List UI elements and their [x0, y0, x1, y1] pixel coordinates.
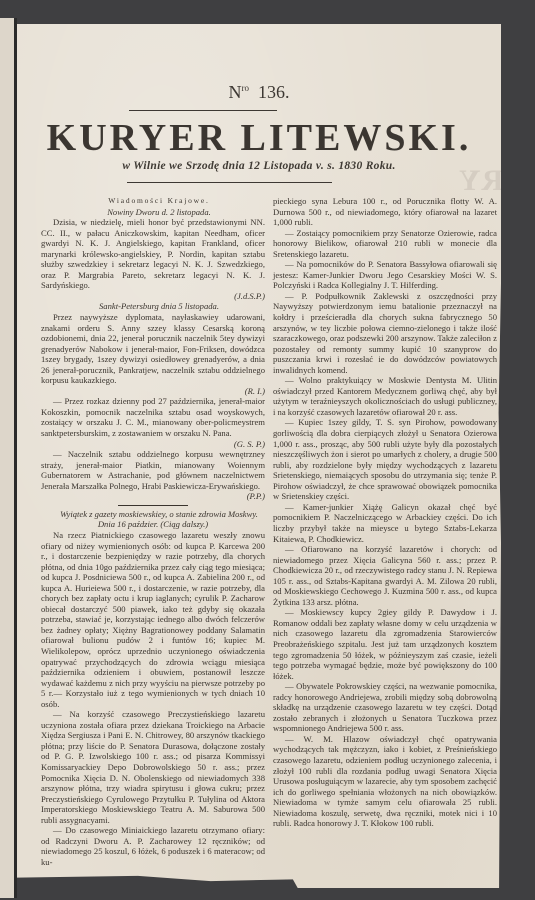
masthead-rule-top	[129, 110, 277, 111]
subheading-moscow-excerpt: Wyiątek z gazety moskiewskiey, o stanie …	[41, 509, 265, 530]
article-paragraph: — Obywatele Pokrowskiey części, na wezwa…	[273, 681, 497, 734]
article-paragraph: Dzisia, w niedzielę, mieli honor być prz…	[41, 217, 265, 291]
article-paragraph: — Przez rozkaz dzienny pod 27 październi…	[41, 396, 265, 438]
article-paragraph: — P. Podpułkownik Zaklewski z oszczędnoś…	[273, 291, 497, 375]
article-paragraph: — Moskiewscy kupcy 2giey gildy P. Dawydo…	[273, 607, 497, 681]
article-paragraph: — Do czasowego Miniaickiego lazaretu otr…	[41, 825, 265, 867]
article-source: (J.d.S.P.)	[41, 291, 265, 302]
newspaper-title: KURYER LITEWSKI.	[17, 116, 501, 160]
article-paragraph: — Naczelnik sztabu oddzielnego korpusu w…	[41, 449, 265, 491]
article-paragraph: pieckiego syna Lebura 100 r., od Poruczn…	[273, 196, 497, 228]
article-paragraph: Przez naywyższe dyplomata, nayłaskawiey …	[41, 312, 265, 386]
newspaper-page: RY Nro 136. KURYER LITEWSKI. w Wilnie we…	[17, 24, 501, 888]
article-source: (P.P.)	[41, 491, 265, 502]
right-column: pieckiego syna Lebura 100 r., od Poruczn…	[273, 196, 497, 829]
article-paragraph: — Na korzyść czasowego Preczystieńskiego…	[41, 709, 265, 825]
article-paragraph: — W. M. Hlazow oświadczył chęć opatrywan…	[273, 734, 497, 829]
dateline: w Wilnie we Srzodę dnia 12 Listopada v. …	[17, 160, 501, 172]
article-paragraph: — Kupiec 1szey gildy, T. S. syn Pirohow,…	[273, 417, 497, 501]
subheading-court-news: Nowiny Dworu d. 2 listopada.	[41, 207, 265, 218]
article-paragraph: — Ofiarowano na korzyść lazaretów i chor…	[273, 544, 497, 607]
masthead-rule-bottom	[127, 182, 332, 183]
adjacent-page-edge	[0, 18, 17, 898]
subheading-petersburg: Sankt-Petersburg dnia 5 listopada.	[41, 301, 265, 312]
article-paragraph: — Wolno praktykuiący w Moskwie Dentysta …	[273, 375, 497, 417]
article-source: (R. I.)	[41, 386, 265, 397]
section-separator	[118, 505, 188, 506]
article-paragraph: Na rzecz Piatnickiego czasowego lazaretu…	[41, 530, 265, 709]
article-paragraph: — Na pomocników do P. Senatora Bassyłowa…	[273, 259, 497, 291]
article-paragraph: — Zostaiący pomocnikiem przy Senatorze O…	[273, 228, 497, 260]
left-column: Wiadomości Krajowe. Nowiny Dworu d. 2 li…	[41, 196, 265, 867]
article-source: (G. S. P.)	[41, 439, 265, 450]
article-paragraph: — Kamer-junkier Xiążę Galicyn okazał chę…	[273, 502, 497, 544]
issue-number: Nro 136.	[17, 82, 501, 103]
section-heading: Wiadomości Krajowe.	[41, 196, 265, 207]
